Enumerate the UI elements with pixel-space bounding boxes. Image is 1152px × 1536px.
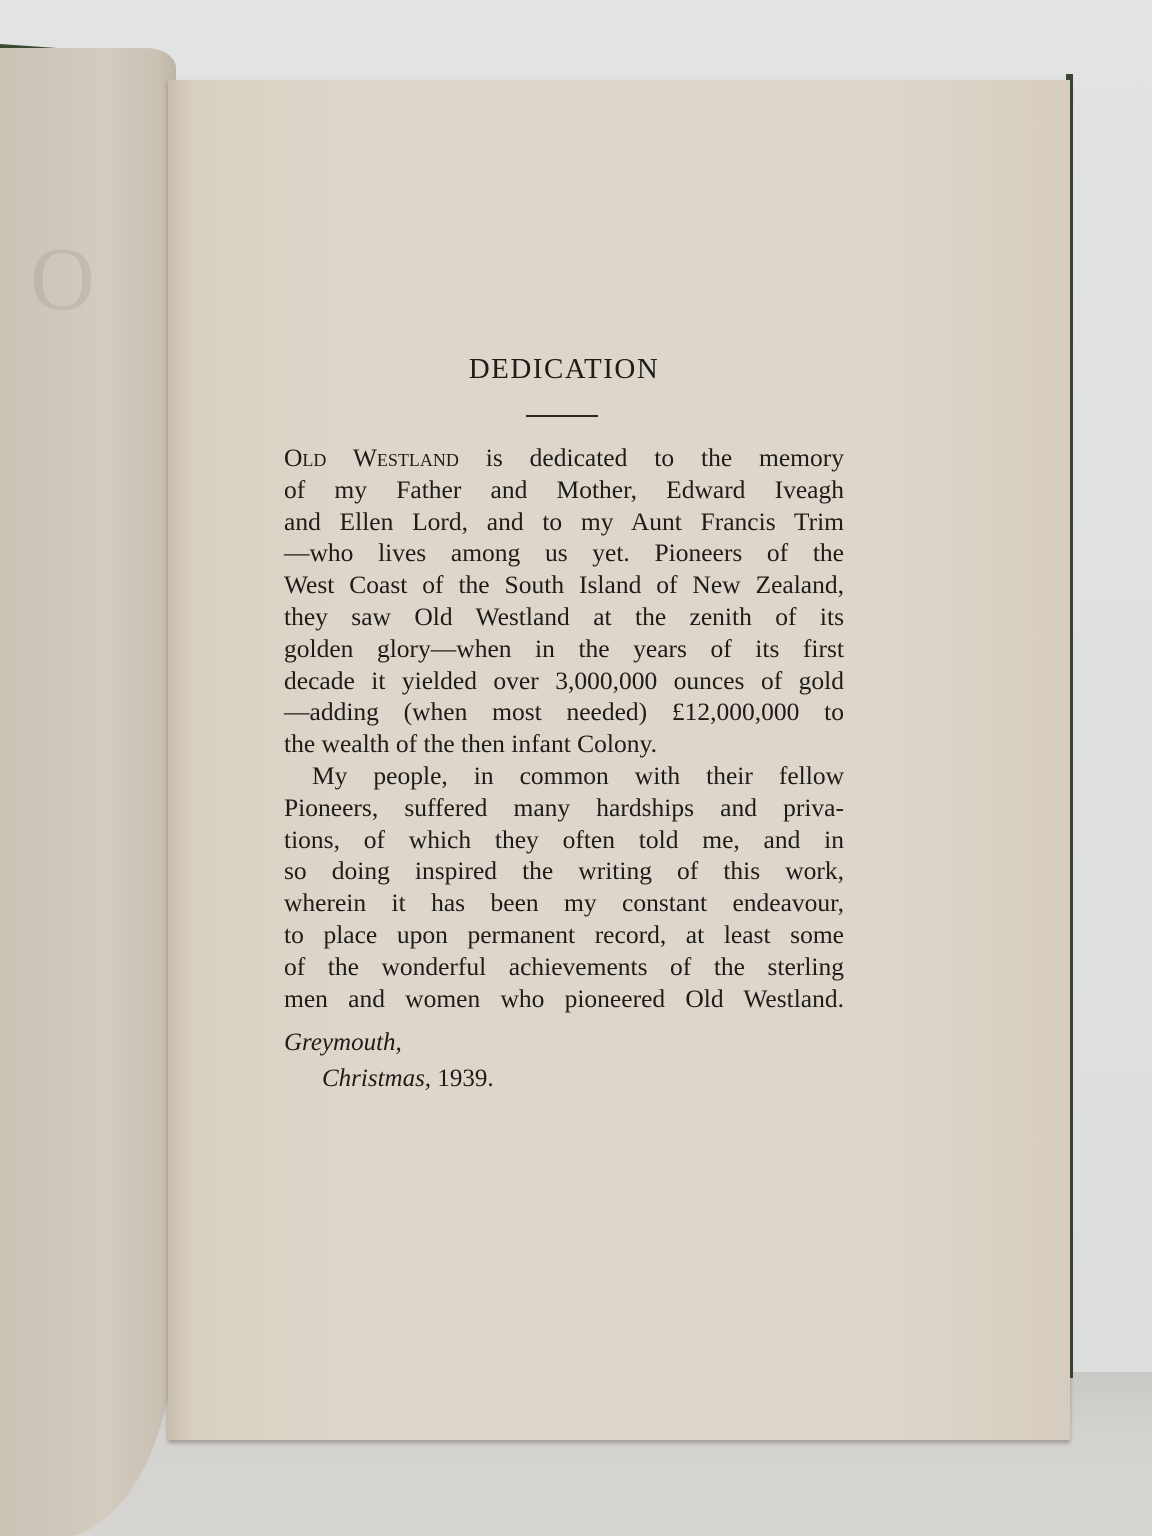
book-title-smallcaps: Old Westland — [284, 443, 459, 472]
paragraph-line: Old Westland is dedicated to the memory — [284, 442, 844, 474]
paragraph-line: decade it yielded over 3,000,000 ounces … — [284, 665, 844, 697]
signature-block: Greymouth, Christmas, 1939. — [284, 1025, 494, 1097]
paragraph-line: —adding (when most needed) £12,000,000 t… — [284, 696, 844, 728]
paragraph-line: to place upon permanent record, at least… — [284, 919, 844, 951]
paragraph-line: —who lives among us yet. Pioneers of the — [284, 537, 844, 569]
paragraph-line: West Coast of the South Island of New Ze… — [284, 569, 844, 601]
paragraph-line: Pioneers, suffered many hardships and pr… — [284, 792, 844, 824]
paragraph-line: My people, in common with their fellow — [284, 760, 844, 792]
paragraph-line: tions, of which they often told me, and … — [284, 824, 844, 856]
signature-place: Greymouth, — [284, 1025, 494, 1061]
paragraph-line: golden glory—when in the years of its fi… — [284, 633, 844, 665]
left-page-showthrough: O — [30, 228, 99, 331]
title-rule — [526, 415, 598, 417]
signature-date: Christmas, 1939. — [284, 1061, 494, 1097]
signature-year: 1939. — [431, 1065, 494, 1092]
page-title: DEDICATION — [284, 353, 844, 386]
paragraph-line: wherein it has been my constant endeavou… — [284, 887, 844, 919]
paragraph-line: the wealth of the then infant Colony. — [284, 728, 844, 760]
paragraph-line: they saw Old Westland at the zenith of i… — [284, 601, 844, 633]
line-text: is dedicated to the memory — [459, 443, 844, 472]
paragraph-line: and Ellen Lord, and to my Aunt Francis T… — [284, 506, 844, 538]
paragraph-line: men and women who pioneered Old Westland… — [284, 983, 844, 1015]
paragraph-line: so doing inspired the writing of this wo… — [284, 855, 844, 887]
left-page: O — [0, 48, 176, 1536]
paragraph-line: of the wonderful achievements of the ste… — [284, 951, 844, 983]
right-page: DEDICATION Old Westland is dedicated to … — [168, 80, 1070, 1440]
signature-occasion: Christmas, — [322, 1065, 431, 1092]
dedication-body: Old Westland is dedicated to the memory … — [284, 442, 844, 1014]
paragraph-line: of my Father and Mother, Edward Iveagh — [284, 474, 844, 506]
